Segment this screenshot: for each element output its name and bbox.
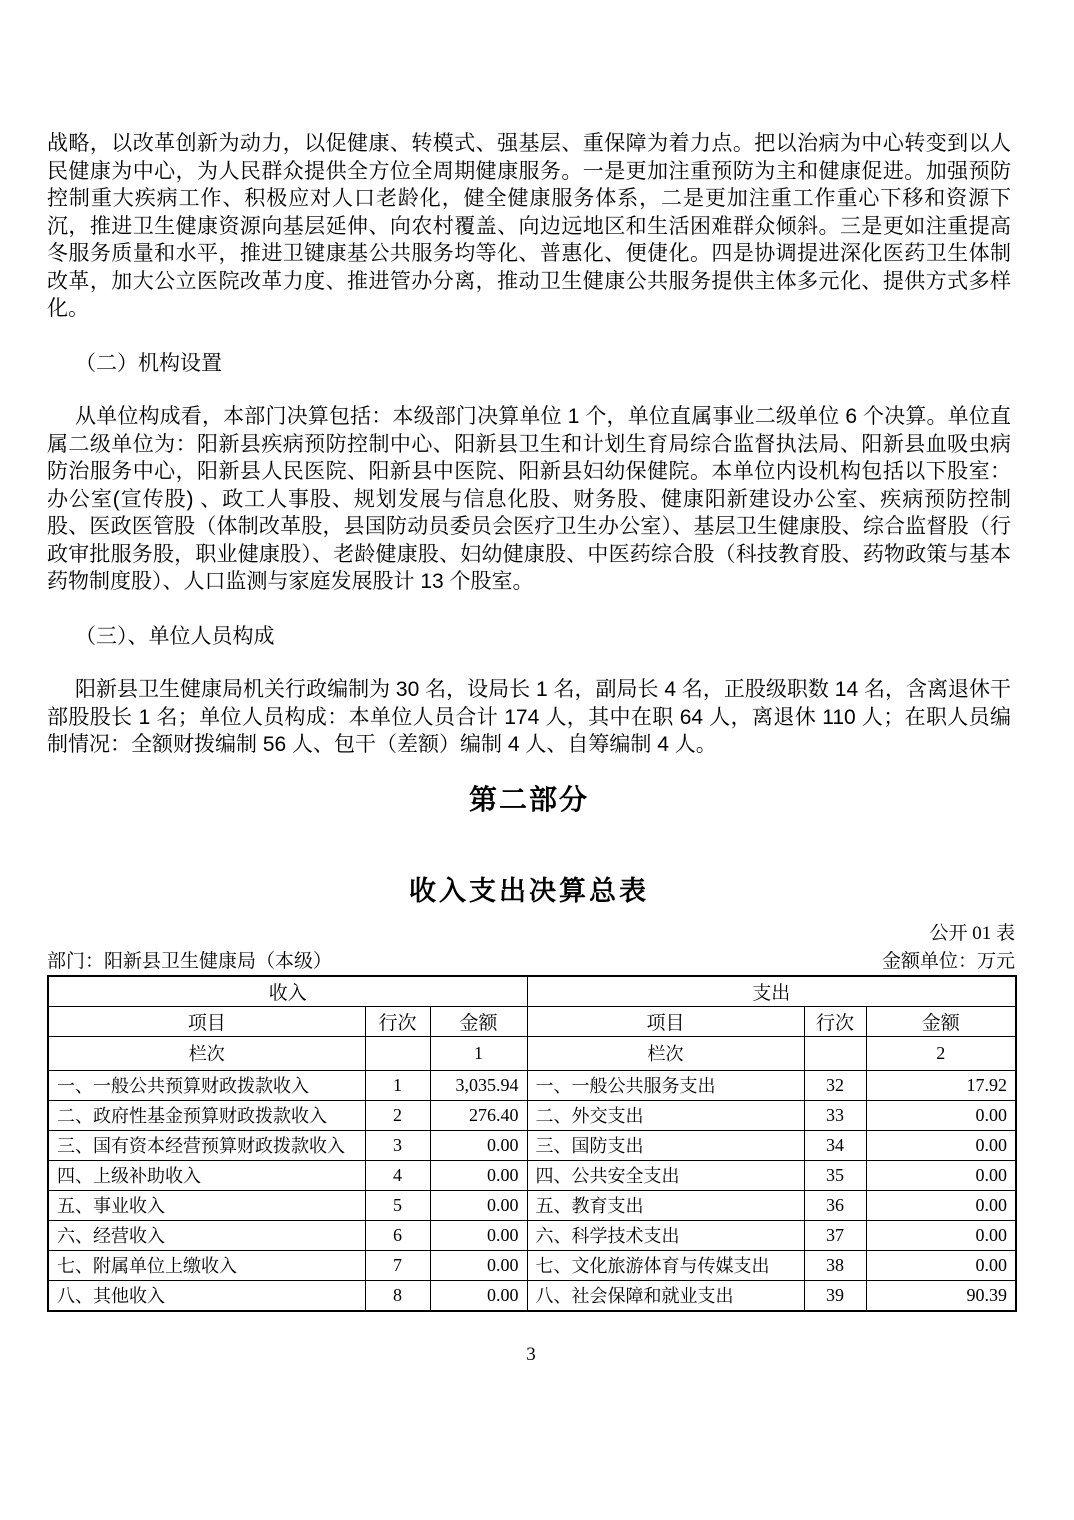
table-row: 五、事业收入 5 0.00 五、教育支出 36 0.00 <box>48 1190 1016 1220</box>
income-line-cell: 5 <box>365 1190 430 1220</box>
table-row: 二、政府性基金预算财政拨款收入 2 276.40 二、外交支出 33 0.00 <box>48 1100 1016 1130</box>
table-row: 六、经营收入 6 0.00 六、科学技术支出 37 0.00 <box>48 1220 1016 1250</box>
expense-amount-header: 金额 <box>866 1006 1016 1036</box>
expense-item-cell: 五、教育支出 <box>527 1190 804 1220</box>
table-row: 三、国有资本经营预算财政拨款收入 3 0.00 三、国防支出 34 0.00 <box>48 1130 1016 1160</box>
expense-line-cell: 38 <box>804 1250 866 1280</box>
table-row: 一、一般公共预算财政拨款收入 1 3,035.94 一、一般公共服务支出 32 … <box>48 1070 1016 1100</box>
income-amount-cell: 0.00 <box>430 1250 527 1280</box>
expense-line-cell: 32 <box>804 1070 866 1100</box>
table-index-row: 栏次 1 栏次 2 <box>48 1036 1016 1070</box>
expense-line-cell: 37 <box>804 1220 866 1250</box>
income-item-header: 项目 <box>48 1006 365 1036</box>
expense-item-cell: 一、一般公共服务支出 <box>527 1070 804 1100</box>
table-row: 八、其他收入 8 0.00 八、社会保障和就业支出 39 90.39 <box>48 1280 1016 1311</box>
expense-amount-cell: 0.00 <box>866 1250 1016 1280</box>
income-amount-cell: 0.00 <box>430 1220 527 1250</box>
income-amount-cell: 276.40 <box>430 1100 527 1130</box>
expense-column-number: 2 <box>866 1036 1016 1070</box>
expense-line-cell: 36 <box>804 1190 866 1220</box>
income-amount-cell: 0.00 <box>430 1130 527 1160</box>
income-item-cell: 六、经营收入 <box>48 1220 365 1250</box>
income-amount-cell: 3,035.94 <box>430 1070 527 1100</box>
budget-summary-table: 收入 支出 项目 行次 金额 项目 行次 金额 栏次 1 栏次 2 一、一般公共… <box>47 975 1017 1312</box>
income-line-header: 行次 <box>365 1006 430 1036</box>
document-page: 战略，以改革创新为动力，以促健康、转模式、强基层、重保障为着力点。把以治病为中心… <box>0 0 1074 1520</box>
expense-amount-cell: 0.00 <box>866 1220 1016 1250</box>
unit-label: 金额单位：万元 <box>882 951 1015 973</box>
expense-amount-cell: 0.00 <box>866 1190 1016 1220</box>
section-body-personnel: 阳新县卫生健康局机关行政编制为 30 名，设局长 1 名，副局长 4 名，正股级… <box>47 676 1011 759</box>
table-group-header-row: 收入 支出 <box>48 976 1016 1007</box>
expense-line-cell: 34 <box>804 1130 866 1160</box>
expense-group-header: 支出 <box>527 976 1016 1007</box>
expense-item-cell: 二、外交支出 <box>527 1100 804 1130</box>
expense-line-cell: 35 <box>804 1160 866 1190</box>
income-line-cell: 2 <box>365 1100 430 1130</box>
income-line-cell: 1 <box>365 1070 430 1100</box>
table-row: 七、附属单位上缴收入 7 0.00 七、文化旅游体育与传媒支出 38 0.00 <box>48 1250 1016 1280</box>
section-body-organization: 从单位构成看，本部门决算包括：本级部门决算单位 1 个，单位直属事业二级单位 6… <box>47 403 1011 596</box>
page-number: 3 <box>47 1344 1015 1366</box>
continuation-paragraph: 战略，以改革创新为动力，以促健康、转模式、强基层、重保障为着力点。把以治病为中心… <box>47 130 1011 323</box>
income-line-cell: 4 <box>365 1160 430 1190</box>
expense-amount-cell: 0.00 <box>866 1160 1016 1190</box>
income-amount-cell: 0.00 <box>430 1160 527 1190</box>
expense-line-cell: 39 <box>804 1280 866 1311</box>
expense-item-cell: 四、公共安全支出 <box>527 1160 804 1190</box>
income-item-cell: 三、国有资本经营预算财政拨款收入 <box>48 1130 365 1160</box>
table-code-label: 公开 01 表 <box>47 923 1015 945</box>
expense-amount-cell: 17.92 <box>866 1070 1016 1100</box>
expense-amount-cell: 0.00 <box>866 1130 1016 1160</box>
expense-item-cell: 七、文化旅游体育与传媒支出 <box>527 1250 804 1280</box>
income-item-cell: 八、其他收入 <box>48 1280 365 1311</box>
income-item-cell: 一、一般公共预算财政拨款收入 <box>48 1070 365 1100</box>
table-row: 四、上级补助收入 4 0.00 四、公共安全支出 35 0.00 <box>48 1160 1016 1190</box>
income-line-cell: 3 <box>365 1130 430 1160</box>
income-item-cell: 五、事业收入 <box>48 1190 365 1220</box>
expense-item-header: 项目 <box>527 1006 804 1036</box>
expense-item-cell: 三、国防支出 <box>527 1130 804 1160</box>
index-row-empty-cell <box>804 1036 866 1070</box>
income-item-cell: 二、政府性基金预算财政拨款收入 <box>48 1100 365 1130</box>
expense-amount-cell: 0.00 <box>866 1100 1016 1130</box>
income-line-cell: 6 <box>365 1220 430 1250</box>
section-heading-organization: （二）机构设置 <box>47 350 1011 378</box>
index-row-empty-cell <box>365 1036 430 1070</box>
department-label: 部门：阳新县卫生健康局（本级） <box>47 951 332 973</box>
income-line-cell: 7 <box>365 1250 430 1280</box>
expense-index-label: 栏次 <box>527 1036 804 1070</box>
income-group-header: 收入 <box>48 976 527 1007</box>
section-heading-personnel: （三）、单位人员构成 <box>47 623 1011 651</box>
expense-amount-cell: 90.39 <box>866 1280 1016 1311</box>
income-item-cell: 四、上级补助收入 <box>48 1160 365 1190</box>
table-column-header-row: 项目 行次 金额 项目 行次 金额 <box>48 1006 1016 1036</box>
expense-item-cell: 八、社会保障和就业支出 <box>527 1280 804 1311</box>
expense-line-header: 行次 <box>804 1006 866 1036</box>
income-item-cell: 七、附属单位上缴收入 <box>48 1250 365 1280</box>
table-meta-row: 部门：阳新县卫生健康局（本级） 金额单位：万元 <box>47 951 1015 973</box>
income-amount-header: 金额 <box>430 1006 527 1036</box>
income-amount-cell: 0.00 <box>430 1190 527 1220</box>
table-title: 收入支出决算总表 <box>47 876 1011 907</box>
income-index-label: 栏次 <box>48 1036 365 1070</box>
part-two-title: 第二部分 <box>47 783 1011 816</box>
income-amount-cell: 0.00 <box>430 1280 527 1311</box>
expense-line-cell: 33 <box>804 1100 866 1130</box>
income-line-cell: 8 <box>365 1280 430 1311</box>
income-column-number: 1 <box>430 1036 527 1070</box>
expense-item-cell: 六、科学技术支出 <box>527 1220 804 1250</box>
